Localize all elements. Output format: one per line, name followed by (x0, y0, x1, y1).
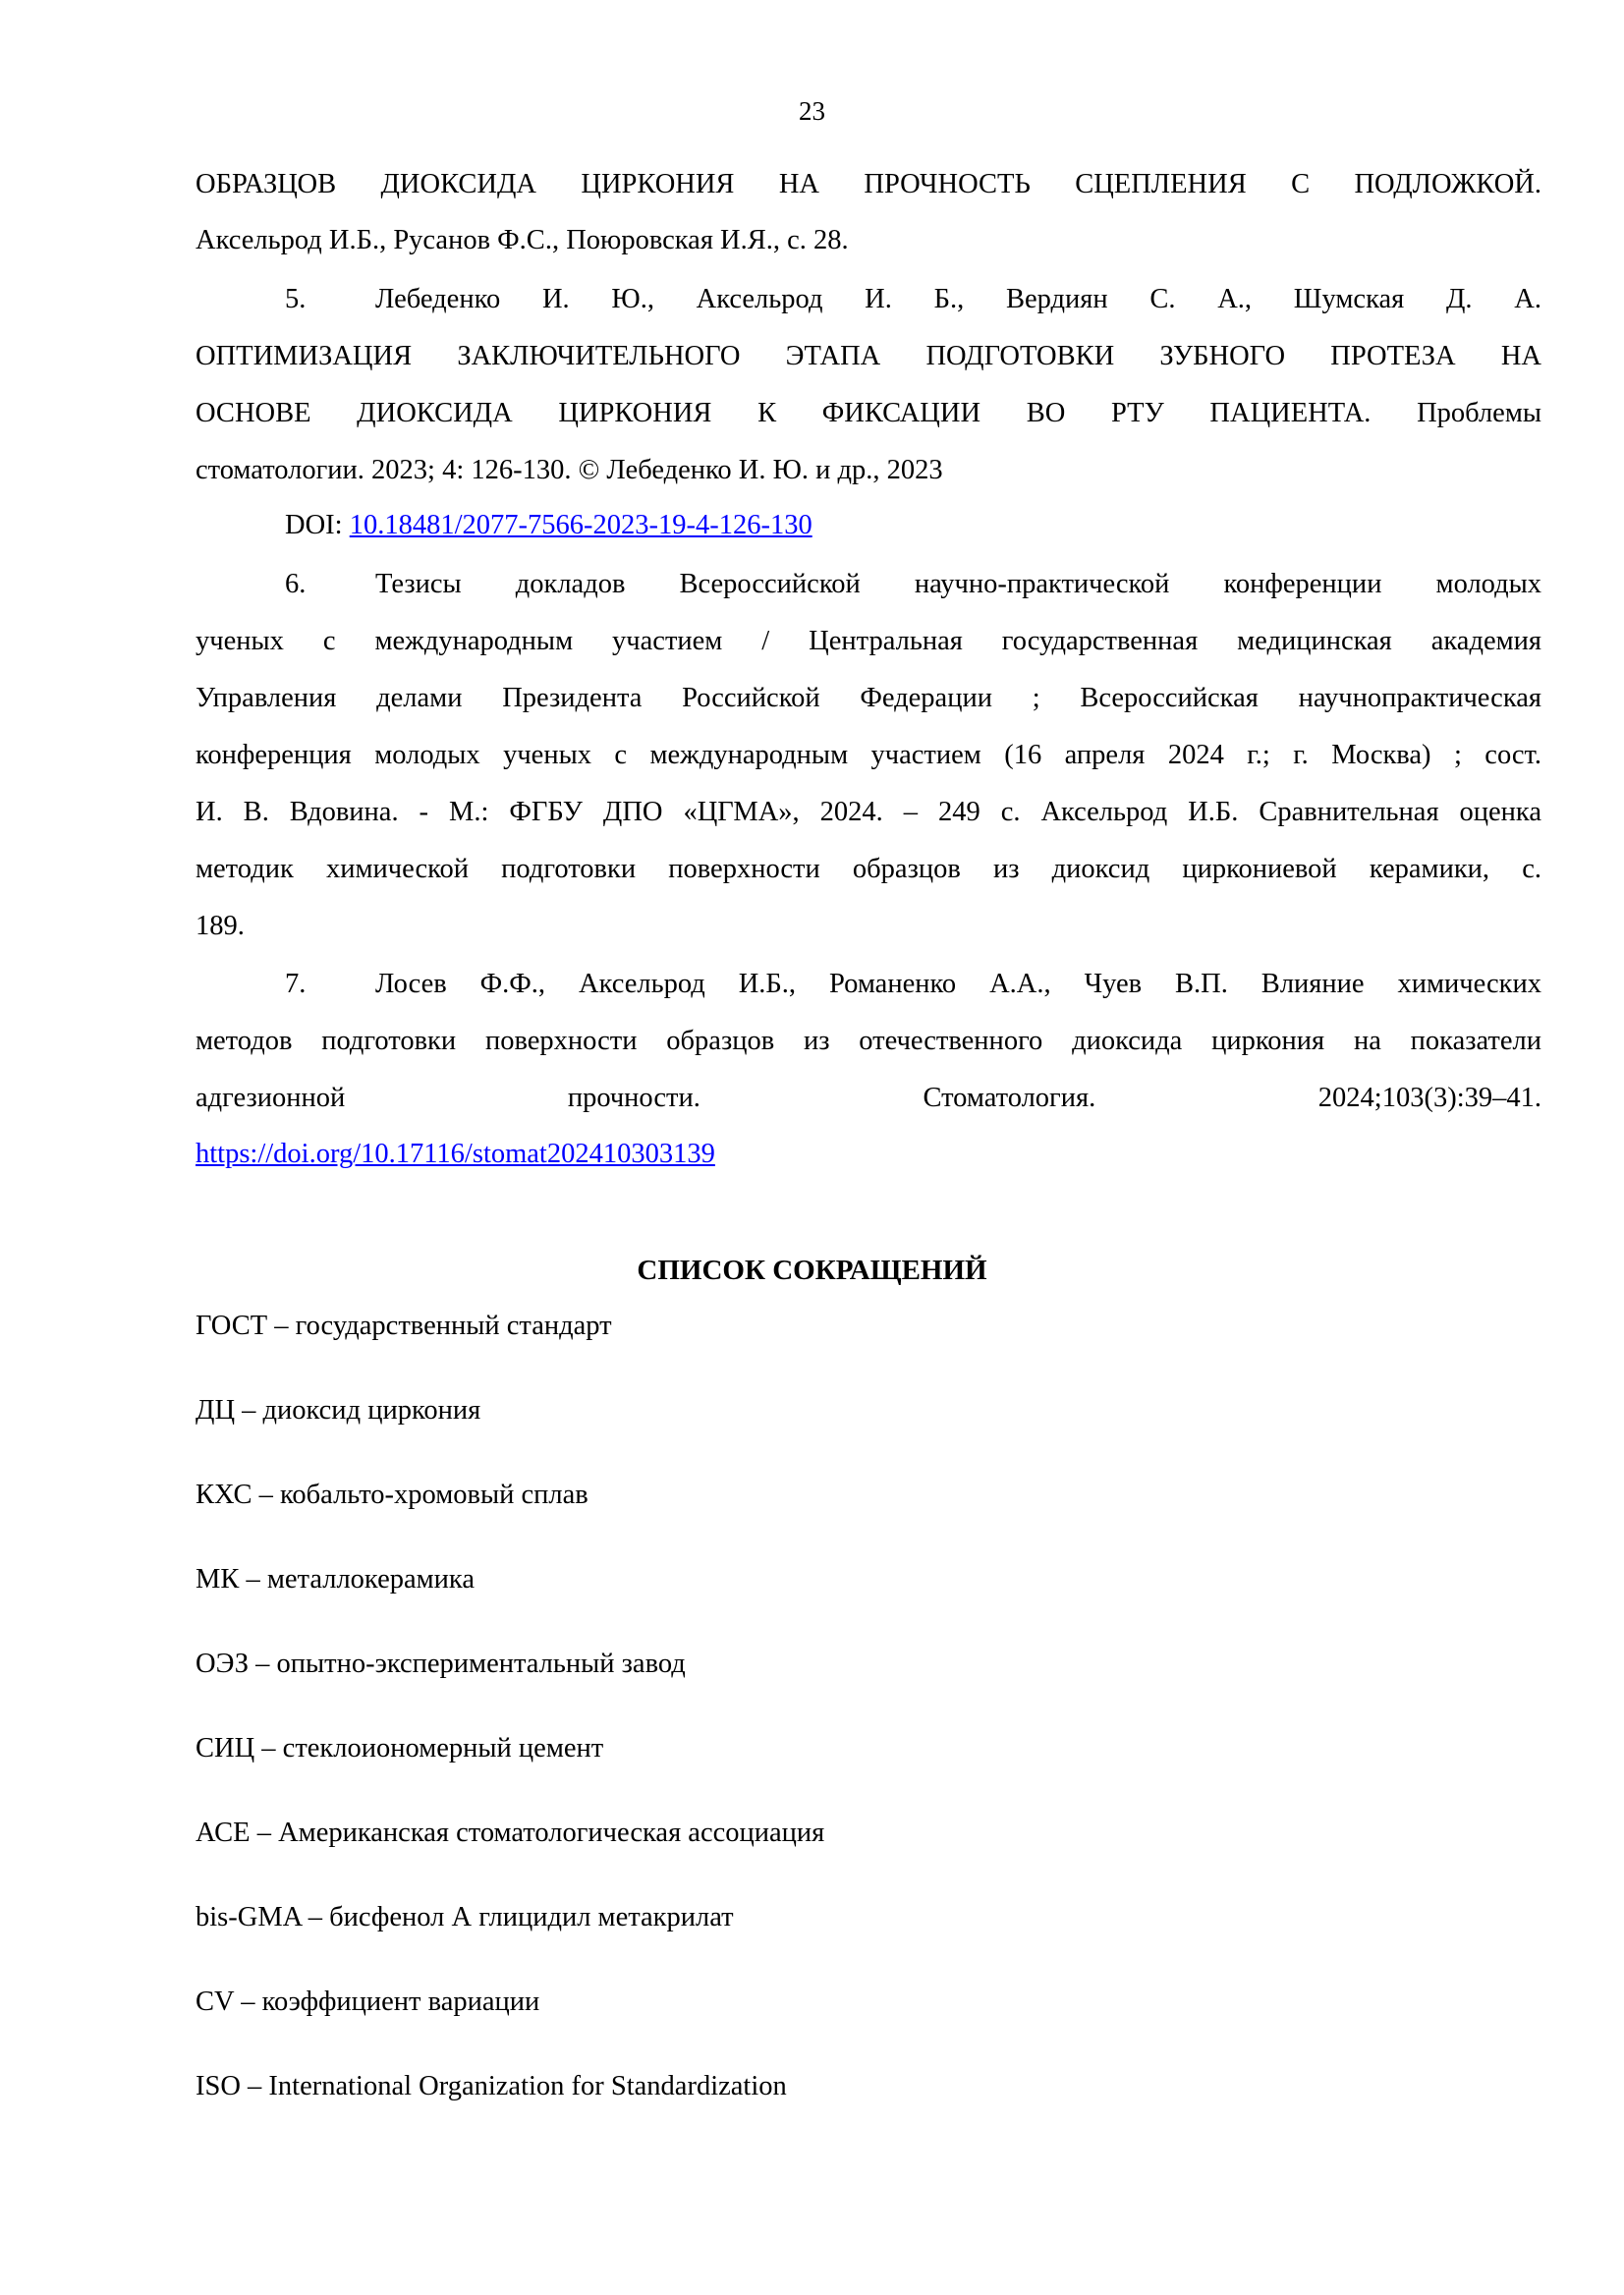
reference-5-line-2: ОПТИМИЗАЦИЯ ЗАКЛЮЧИТЕЛЬНОГО ЭТАПА ПОДГОТ… (196, 343, 1541, 371)
reference-6-number: 6. (285, 571, 375, 599)
reference-7-line-1: 7.Лосев Ф.Ф., Аксельрод И.Б., Романенко … (285, 971, 1541, 999)
abbreviation-item: ОЭЗ – опытно-экспериментальный завод (196, 1651, 686, 1679)
reference-4-continuation-line-2: Аксельрод И.Б., Русанов Ф.С., Поюровская… (196, 227, 1541, 255)
abbreviation-item: АСЕ – Американская стоматологическая асс… (196, 1819, 824, 1848)
reference-6-line-6: методик химической подготовки поверхност… (196, 856, 1541, 884)
doi-link[interactable]: 10.18481/2077-7566-2023-19-4-126-130 (350, 510, 812, 540)
reference-7-number: 7. (285, 971, 375, 999)
reference-7-link-line: https://doi.org/10.17116/stomat202410303… (196, 1141, 1541, 1169)
page-number: 23 (0, 96, 1624, 127)
reference-5-number: 5. (285, 286, 375, 314)
reference-6-line-4: конференция молодых ученых с международн… (196, 742, 1541, 770)
abbreviation-item: ISO – International Organization for Sta… (196, 2073, 787, 2101)
reference-5-line-1: 5.Лебеденко И. Ю., Аксельрод И. Б., Верд… (285, 286, 1541, 314)
doi-url-link[interactable]: https://doi.org/10.17116/stomat202410303… (196, 1139, 715, 1169)
reference-5-line-3: ОСНОВЕ ДИОКСИДА ЦИРКОНИЯ К ФИКСАЦИИ ВО Р… (196, 400, 1541, 428)
reference-6-line-5: И. В. Вдовина. - М.: ФГБУ ДПО «ЦГМА», 20… (196, 799, 1541, 827)
doi-label: DOI: (285, 510, 350, 540)
abbreviation-item: МК – металлокерамика (196, 1566, 475, 1595)
reference-5-line-4: стоматологии. 2023; 4: 126-130. © Лебеде… (196, 457, 1541, 485)
abbreviation-item: ДЦ – диоксид циркония (196, 1397, 480, 1426)
abbreviation-item: bis-GMA – бисфенол А глицидил метакрилат (196, 1904, 734, 1932)
reference-6-line-7: 189. (196, 913, 1541, 941)
reference-7-line-3: адгезионной прочности. Стоматология. 202… (196, 1085, 1541, 1113)
abbreviation-item: КХС – кобальто-хромовый сплав (196, 1482, 588, 1510)
abbreviation-item: СИЦ – стеклоиономерный цемент (196, 1735, 603, 1763)
reference-7-line-2: методов подготовки поверхности образцов … (196, 1028, 1541, 1056)
reference-6-line-2: ученых с международным участием / Центра… (196, 628, 1541, 656)
reference-6-line-3: Управления делами Президента Российской … (196, 685, 1541, 713)
reference-4-continuation-line-1: ОБРАЗЦОВ ДИОКСИДА ЦИРКОНИЯ НА ПРОЧНОСТЬ … (196, 171, 1541, 199)
abbreviations-heading: СПИСОК СОКРАЩЕНИЙ (0, 1255, 1624, 1287)
reference-5-doi: DOI: 10.18481/2077-7566-2023-19-4-126-13… (285, 512, 1624, 540)
abbreviation-item: ГОСТ – государственный стандарт (196, 1313, 612, 1341)
reference-6-line-1: 6.Тезисы докладов Всероссийской научно-п… (285, 571, 1541, 599)
abbreviation-item: CV – коэффициент вариации (196, 1988, 539, 2017)
